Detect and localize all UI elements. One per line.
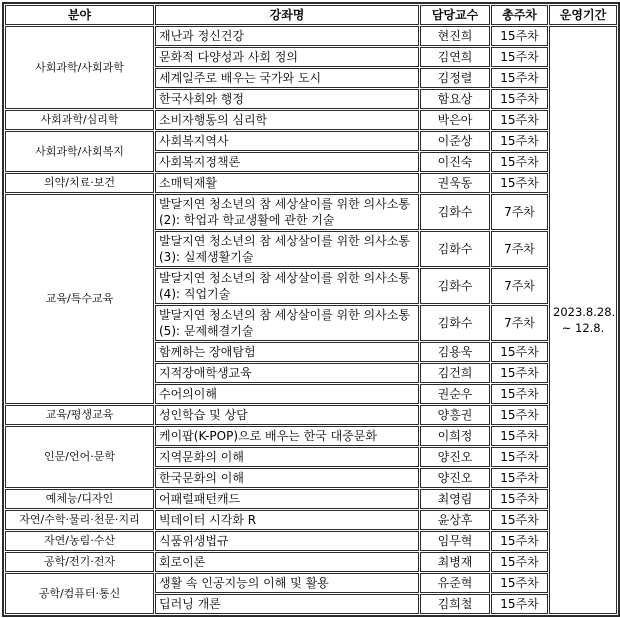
course-cell: 재난과 정신건강: [155, 26, 419, 46]
professor-cell: 양진오: [420, 468, 490, 488]
professor-cell: 김화수: [420, 194, 490, 230]
course-cell: 지적장애학생교육: [155, 363, 419, 383]
course-cell: 빅데이터 시각화 R: [155, 510, 419, 530]
weeks-cell: 15주차: [491, 173, 548, 193]
page: 분야 강좌명 담당교수 총주차 운영기간 사회과학/사회과학 재난과 정신건강 …: [0, 0, 620, 618]
course-cell: 어패럴패턴캐드: [155, 489, 419, 509]
field-cell: 의약/치료·보건: [5, 173, 154, 193]
course-cell: 한국사회와 행정: [155, 89, 419, 109]
field-cell: 사회과학/사회복지: [5, 131, 154, 172]
professor-cell: 최병재: [420, 552, 490, 572]
weeks-cell: 15주차: [491, 131, 548, 151]
professor-cell: 양진오: [420, 447, 490, 467]
period-cell: 2023.8.28. ~ 12.8.: [549, 26, 617, 614]
professor-cell: 현진희: [420, 26, 490, 46]
table-row: 공학/전기·전자 회로이론 최병재 15주차: [5, 552, 617, 572]
weeks-cell: 15주차: [491, 552, 548, 572]
professor-cell: 양흥권: [420, 405, 490, 425]
weeks-cell: 15주차: [491, 531, 548, 551]
professor-cell: 박은아: [420, 110, 490, 130]
table-row: 사회과학/사회복지 사회복지역사 이준상 15주차: [5, 131, 617, 151]
field-cell: 교육/특수교육: [5, 194, 154, 404]
field-cell: 자연/농림·수산: [5, 531, 154, 551]
header-course: 강좌명: [155, 5, 419, 25]
weeks-cell: 15주차: [491, 426, 548, 446]
weeks-cell: 15주차: [491, 363, 548, 383]
course-cell: 회로이론: [155, 552, 419, 572]
professor-cell: 이희정: [420, 426, 490, 446]
course-cell: 수어의이해: [155, 384, 419, 404]
course-cell: 식품위생법규: [155, 531, 419, 551]
period-line2: ~ 12.8.: [553, 320, 613, 336]
table-row: 의약/치료·보건 소매틱재활 권욱동 15주차: [5, 173, 617, 193]
table-row: 교육/특수교육 발달지연 청소년의 참 세상살이를 위한 의사소통(2): 학업…: [5, 194, 617, 230]
field-cell: 공학/컴퓨터·통신: [5, 573, 154, 614]
header-row: 분야 강좌명 담당교수 총주차 운영기간: [5, 5, 617, 25]
professor-cell: 권욱동: [420, 173, 490, 193]
weeks-cell: 15주차: [491, 384, 548, 404]
professor-cell: 김정렬: [420, 68, 490, 88]
field-cell: 사회과학/심리학: [5, 110, 154, 130]
period-line1: 2023.8.28.: [553, 304, 613, 320]
course-cell: 사회복지역사: [155, 131, 419, 151]
field-cell: 자연/수학·물리·천문·지리: [5, 510, 154, 530]
professor-cell: 김희철: [420, 594, 490, 614]
field-cell: 공학/전기·전자: [5, 552, 154, 572]
header-field: 분야: [5, 5, 154, 25]
weeks-cell: 15주차: [491, 89, 548, 109]
table-row: 사회과학/심리학 소비자행동의 심리학 박은아 15주차: [5, 110, 617, 130]
weeks-cell: 15주차: [491, 468, 548, 488]
course-cell: 지역문화의 이해: [155, 447, 419, 467]
table-row: 예체능/디자인 어패럴패턴캐드 최영림 15주차: [5, 489, 617, 509]
weeks-cell: 15주차: [491, 47, 548, 67]
weeks-cell: 15주차: [491, 405, 548, 425]
weeks-cell: 15주차: [491, 489, 548, 509]
course-cell: 성인학습 및 상담: [155, 405, 419, 425]
professor-cell: 김화수: [420, 305, 490, 341]
weeks-cell: 7주차: [491, 305, 548, 341]
course-cell: 사회복지정책론: [155, 152, 419, 172]
professor-cell: 유준혁: [420, 573, 490, 593]
table-row: 자연/농림·수산 식품위생법규 임무혁 15주차: [5, 531, 617, 551]
weeks-cell: 15주차: [491, 342, 548, 362]
course-cell: 발달지연 청소년의 참 세상살이를 위한 의사소통(4): 직업기술: [155, 268, 419, 304]
professor-cell: 김연희: [420, 47, 490, 67]
professor-cell: 권순우: [420, 384, 490, 404]
course-cell: 한국문화의 이해: [155, 468, 419, 488]
course-cell: 생활 속 인공지능의 이해 및 활용: [155, 573, 419, 593]
professor-cell: 김화수: [420, 268, 490, 304]
professor-cell: 김건희: [420, 363, 490, 383]
weeks-cell: 15주차: [491, 26, 548, 46]
table-row: 인문/언어·문학 케이팝(K-POP)으로 배우는 한국 대중문화 이희정 15…: [5, 426, 617, 446]
header-weeks: 총주차: [491, 5, 548, 25]
table-row: 공학/컴퓨터·통신 생활 속 인공지능의 이해 및 활용 유준혁 15주차: [5, 573, 617, 593]
field-cell: 사회과학/사회과학: [5, 26, 154, 109]
table-row: 사회과학/사회과학 재난과 정신건강 현진희 15주차 2023.8.28. ~…: [5, 26, 617, 46]
course-cell: 함께하는 장애탐험: [155, 342, 419, 362]
professor-cell: 함요상: [420, 89, 490, 109]
course-cell: 발달지연 청소년의 참 세상살이를 위한 의사소통(3): 실제생활기술: [155, 231, 419, 267]
weeks-cell: 15주차: [491, 594, 548, 614]
weeks-cell: 7주차: [491, 268, 548, 304]
professor-cell: 김화수: [420, 231, 490, 267]
table-row: 자연/수학·물리·천문·지리 빅데이터 시각화 R 윤상후 15주차: [5, 510, 617, 530]
course-cell: 소매틱재활: [155, 173, 419, 193]
course-list-table: 분야 강좌명 담당교수 총주차 운영기간 사회과학/사회과학 재난과 정신건강 …: [2, 2, 620, 617]
course-cell: 케이팝(K-POP)으로 배우는 한국 대중문화: [155, 426, 419, 446]
field-cell: 교육/평생교육: [5, 405, 154, 425]
header-period: 운영기간: [549, 5, 617, 25]
professor-cell: 최영림: [420, 489, 490, 509]
weeks-cell: 15주차: [491, 447, 548, 467]
weeks-cell: 15주차: [491, 573, 548, 593]
weeks-cell: 7주차: [491, 231, 548, 267]
course-cell: 문화적 다양성과 사회 정의: [155, 47, 419, 67]
weeks-cell: 15주차: [491, 110, 548, 130]
table-row: 교육/평생교육 성인학습 및 상담 양흥권 15주차: [5, 405, 617, 425]
course-cell: 발달지연 청소년의 참 세상살이를 위한 의사소통(5): 문제해결기술: [155, 305, 419, 341]
header-professor: 담당교수: [420, 5, 490, 25]
professor-cell: 임무혁: [420, 531, 490, 551]
professor-cell: 이진숙: [420, 152, 490, 172]
field-cell: 인문/언어·문학: [5, 426, 154, 488]
weeks-cell: 15주차: [491, 68, 548, 88]
course-cell: 딥러닝 개론: [155, 594, 419, 614]
course-cell: 세계일주로 배우는 국가와 도시: [155, 68, 419, 88]
weeks-cell: 15주차: [491, 152, 548, 172]
professor-cell: 이준상: [420, 131, 490, 151]
course-cell: 소비자행동의 심리학: [155, 110, 419, 130]
weeks-cell: 15주차: [491, 510, 548, 530]
weeks-cell: 7주차: [491, 194, 548, 230]
course-cell: 발달지연 청소년의 참 세상살이를 위한 의사소통(2): 학업과 학교생활에 …: [155, 194, 419, 230]
field-cell: 예체능/디자인: [5, 489, 154, 509]
professor-cell: 윤상후: [420, 510, 490, 530]
professor-cell: 김용욱: [420, 342, 490, 362]
